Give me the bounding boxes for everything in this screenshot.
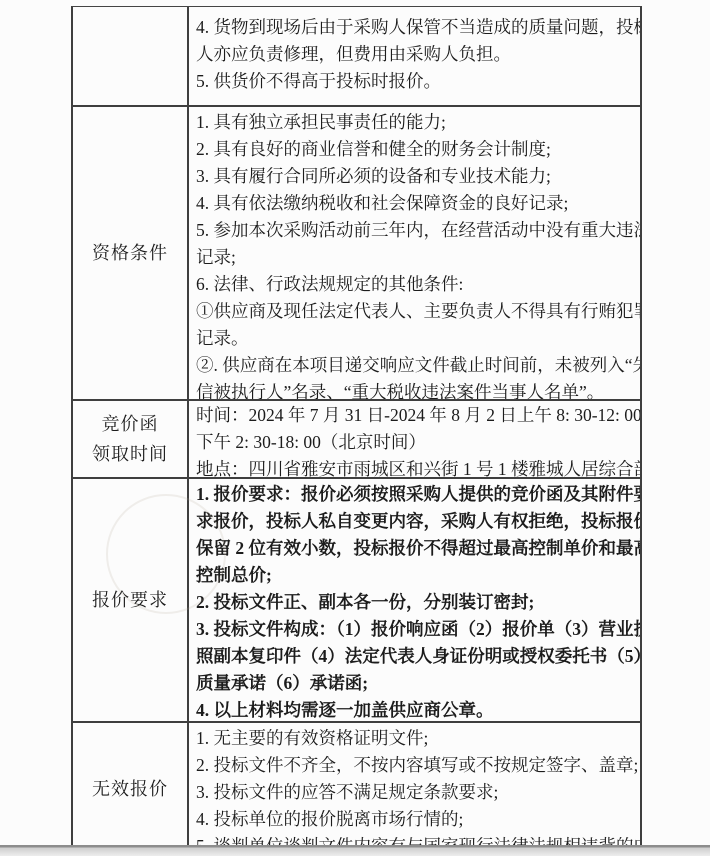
- table-row-invalid-quotation: 无效报价 1. 无主要的有效资格证明文件; 2. 投标文件不齐全，不按内容填写或…: [73, 723, 640, 854]
- row-content-bid-letter-time: 时间：2024 年 7 月 31 日-2024 年 8 月 2 日上午 8: 3…: [189, 401, 640, 477]
- text-line: 4. 货物到现场后由于采购人保管不当造成的质量问题，投标: [196, 14, 636, 41]
- text-line: 2. 具有良好的商业信誉和健全的财务会计制度;: [196, 136, 636, 163]
- text-line: 控制总价;: [196, 562, 636, 589]
- row-label-quotation-requirements: 报价要求: [73, 479, 189, 721]
- table-row-quotation-requirements: 报价要求 1. 报价要求：报价必须按照采购人提供的竞价函及其附件要 求报价，投标…: [73, 479, 640, 723]
- table-row-qualification: 资格条件 1. 具有独立承担民事责任的能力; 2. 具有良好的商业信誉和健全的财…: [73, 107, 640, 401]
- table-row-continuation: 4. 货物到现场后由于采购人保管不当造成的质量问题，投标 人亦应负责修理，但费用…: [73, 7, 640, 107]
- text-line: 4. 投标单位的报价脱离市场行情的;: [196, 806, 636, 833]
- text-line: 求报价，投标人私自变更内容，采购人有权拒绝，投标报价: [196, 508, 636, 535]
- row-content-continuation: 4. 货物到现场后由于采购人保管不当造成的质量问题，投标 人亦应负责修理，但费用…: [189, 7, 640, 105]
- row-content-invalid-quotation: 1. 无主要的有效资格证明文件; 2. 投标文件不齐全，不按内容填写或不按规定签…: [189, 723, 640, 854]
- row-label-invalid-quotation: 无效报价: [73, 723, 189, 854]
- row-content-quotation-requirements: 1. 报价要求：报价必须按照采购人提供的竞价函及其附件要 求报价，投标人私自变更…: [189, 479, 640, 721]
- row-label-empty: [73, 7, 189, 105]
- row-label-text: 领取时间: [92, 439, 168, 469]
- text-line: 下午 2: 30-18: 00（北京时间）: [196, 429, 636, 456]
- text-line: 1. 无主要的有效资格证明文件;: [196, 725, 636, 752]
- row-label-text: 资格条件: [92, 238, 168, 268]
- text-line: 质量承诺（6）承诺函;: [196, 670, 636, 697]
- text-line: 6. 法律、行政法规规定的其他条件:: [196, 271, 636, 298]
- text-line: 5. 参加本次采购活动前三年内，在经营活动中没有重大违法: [196, 217, 636, 244]
- text-line: 保留 2 位有效小数，投标报价不得超过最高控制单价和最高: [196, 535, 636, 562]
- text-line: 4. 具有依法缴纳税收和社会保障资金的良好记录;: [196, 190, 636, 217]
- text-line: 4. 以上材料均需逐一加盖供应商公章。: [196, 697, 636, 721]
- scan-page-edge: [0, 845, 710, 856]
- row-label-text: 竞价函: [102, 409, 159, 439]
- text-line: 地点：四川省雅安市雨城区和兴街 1 号 1 楼雅城人居综合部: [196, 456, 636, 477]
- text-line: 1. 报价要求：报价必须按照采购人提供的竞价函及其附件要: [196, 481, 636, 508]
- text-line: ②. 供应商在本项目递交响应文件截止时间前，未被列入“失: [196, 352, 636, 379]
- row-content-qualification: 1. 具有独立承担民事责任的能力; 2. 具有良好的商业信誉和健全的财务会计制度…: [189, 107, 640, 399]
- text-line: 3. 具有履行合同所必须的设备和专业技术能力;: [196, 163, 636, 190]
- text-line: 2. 投标文件不齐全，不按内容填写或不按规定签字、盖章;: [196, 752, 636, 779]
- text-line: 5. 供货价不得高于投标时报价。: [196, 68, 636, 95]
- text-line: 3. 投标文件的应答不满足规定条款要求;: [196, 779, 636, 806]
- table-row-bid-letter-time: 竞价函 领取时间 时间：2024 年 7 月 31 日-2024 年 8 月 2…: [73, 401, 640, 479]
- text-line: ①供应商及现任法定代表人、主要负责人不得具有行贿犯罪: [196, 298, 636, 325]
- text-line: 记录。: [196, 325, 636, 352]
- text-line: 3. 投标文件构成：（1）报价响应函（2）报价单（3）营业执: [196, 616, 636, 643]
- row-label-text: 报价要求: [92, 585, 168, 615]
- procurement-terms-table: 4. 货物到现场后由于采购人保管不当造成的质量问题，投标 人亦应负责修理，但费用…: [71, 6, 642, 856]
- text-line: 时间：2024 年 7 月 31 日-2024 年 8 月 2 日上午 8: 3…: [196, 402, 636, 429]
- text-line: 照副本复印件（4）法定代表人身证份明或授权委托书（5）: [196, 643, 636, 670]
- text-line: 2. 投标文件正、副本各一份，分别装订密封;: [196, 589, 636, 616]
- row-label-qualification: 资格条件: [73, 107, 189, 399]
- text-line: 1. 具有独立承担民事责任的能力;: [196, 109, 636, 136]
- row-label-bid-letter-time: 竞价函 领取时间: [73, 401, 189, 477]
- row-label-text: 无效报价: [92, 774, 168, 804]
- text-line: 信被执行人”名录、“重大税收违法案件当事人名单”。: [196, 379, 636, 399]
- text-line: 人亦应负责修理，但费用由采购人负担。: [196, 41, 636, 68]
- text-line: 记录;: [196, 244, 636, 271]
